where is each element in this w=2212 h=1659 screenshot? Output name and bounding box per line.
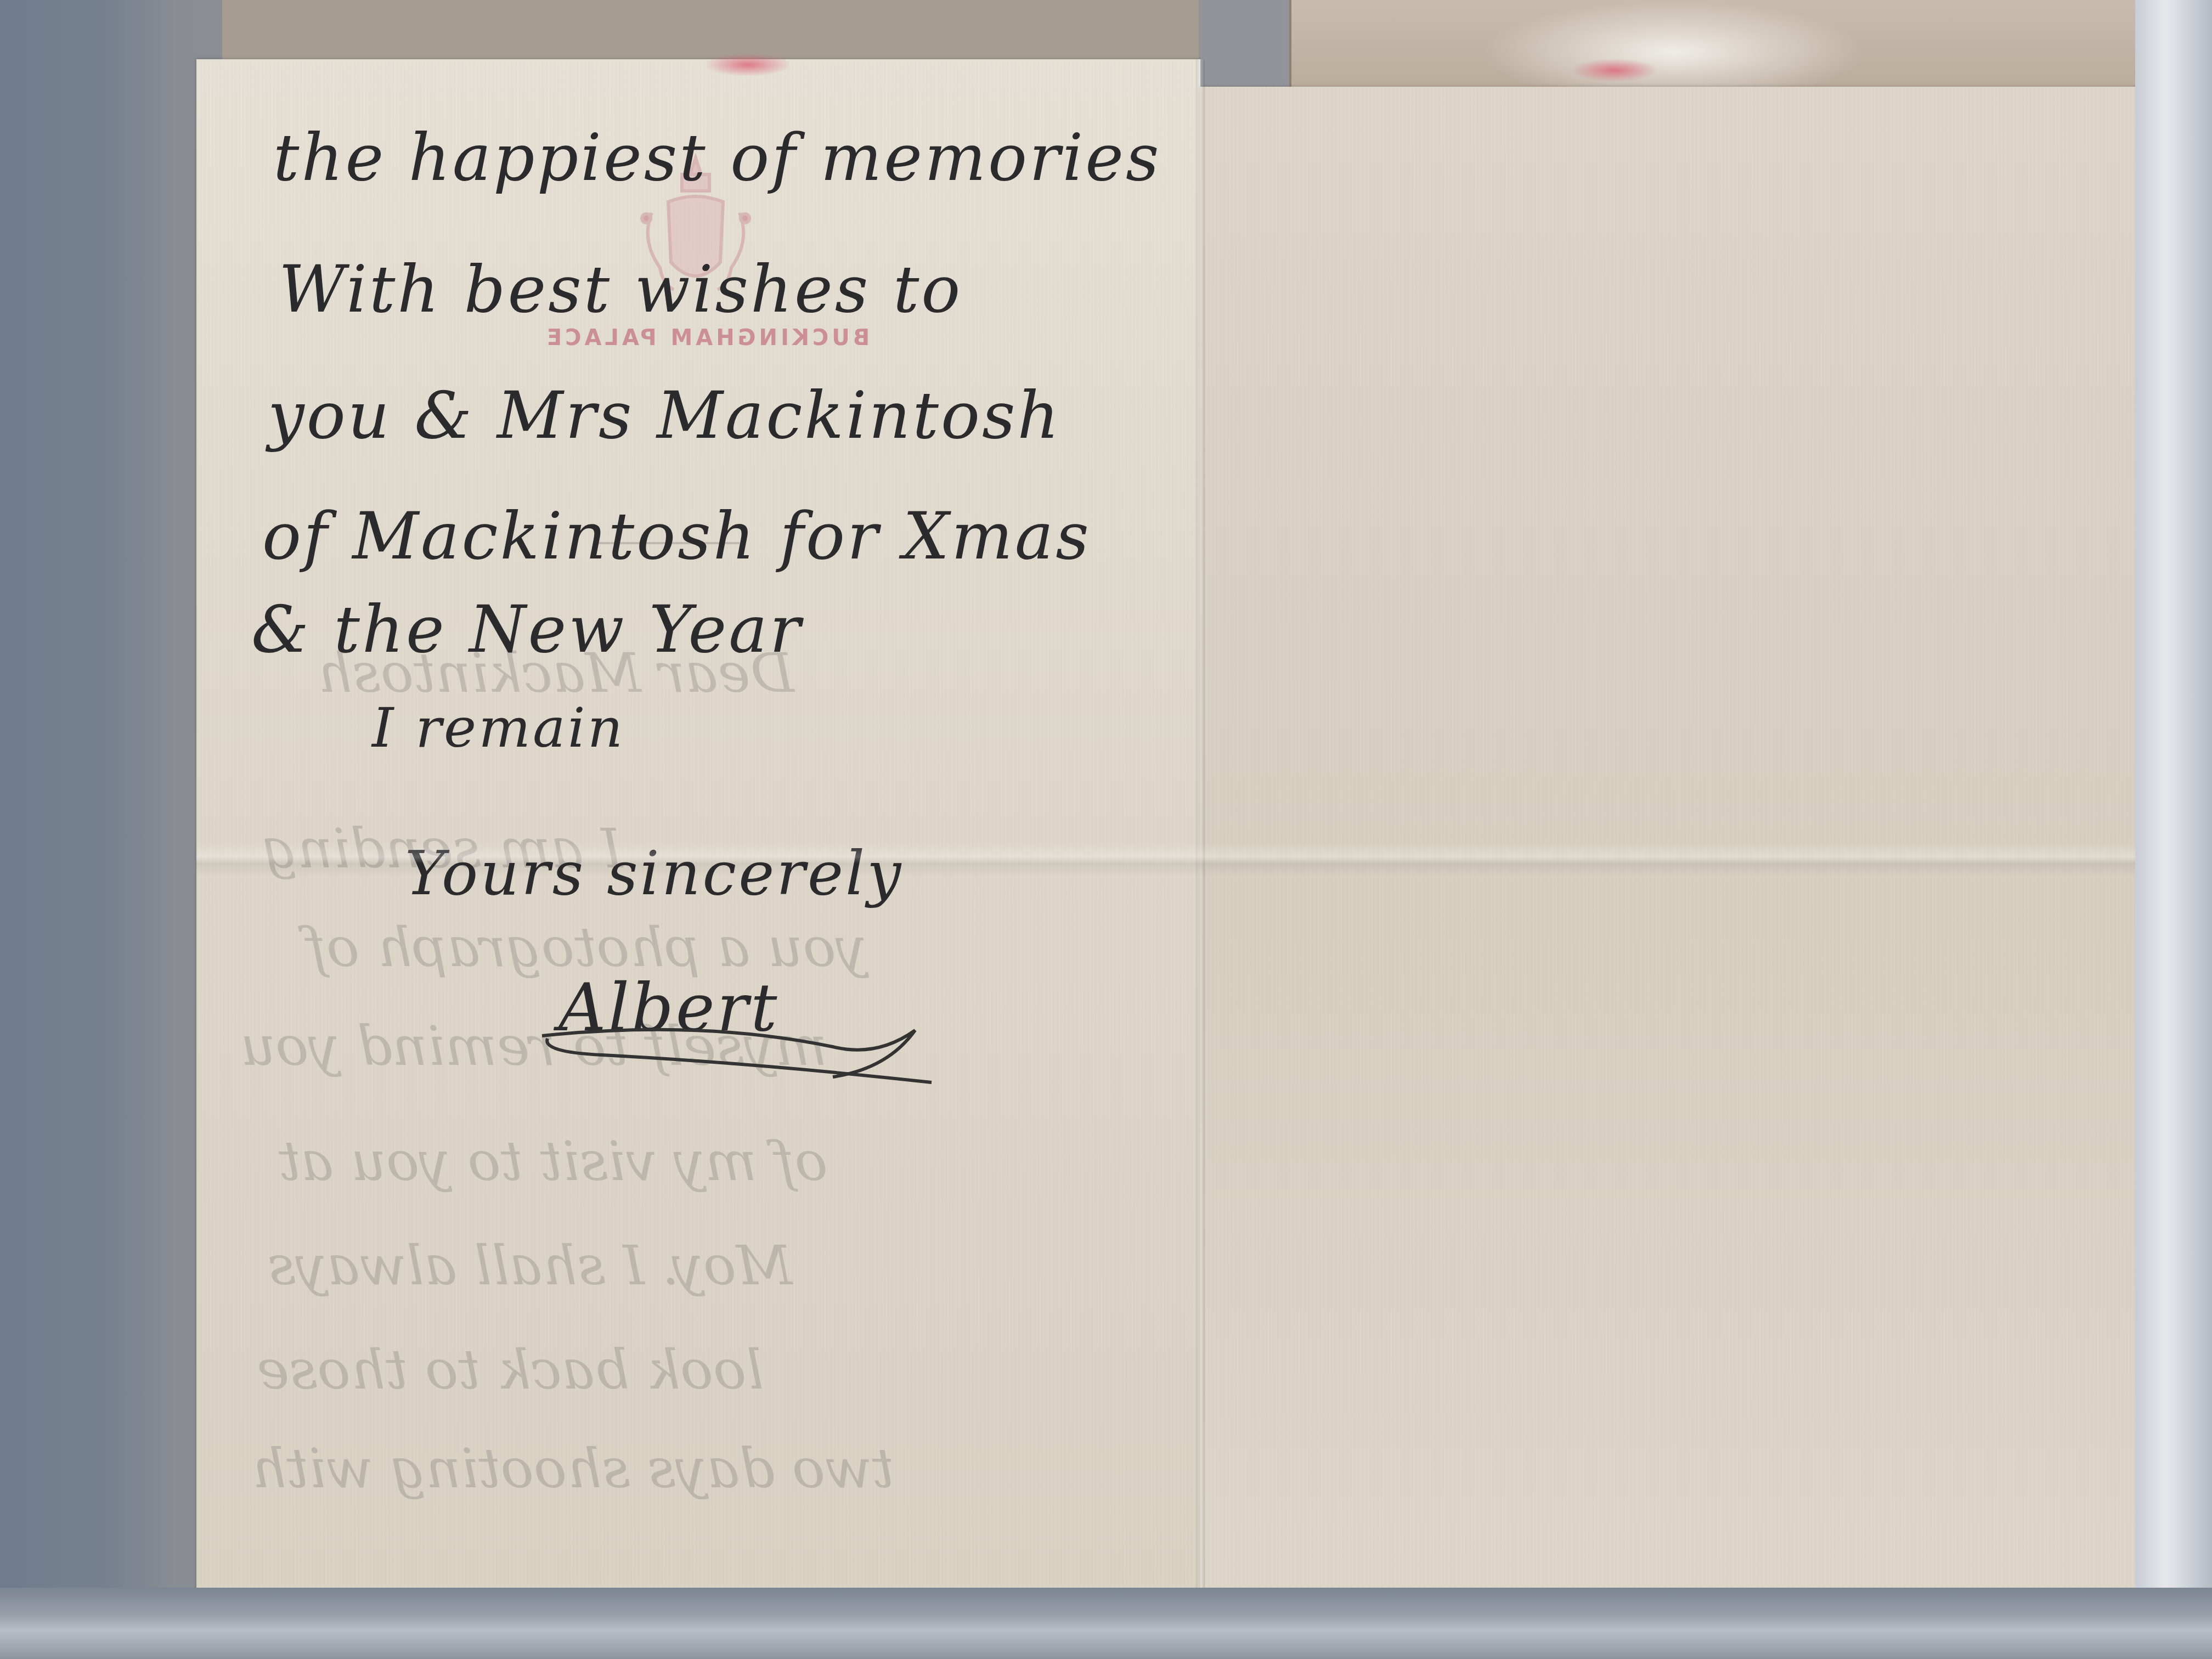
handwritten-line: & the New Year [251, 591, 803, 667]
bleed-through-line: of my visit to you at [279, 1129, 828, 1193]
bleed-through-line: Moy. I shall always [268, 1233, 792, 1297]
sleeve-edge [2135, 0, 2212, 1659]
bleed-through-line: two days shooting with [251, 1436, 894, 1500]
center-fold [1196, 59, 1205, 1595]
red-seal-mark [1573, 59, 1656, 81]
handwritten-line: of Mackintosh for Xmas [262, 498, 1091, 574]
signature-flourish-icon [537, 1025, 975, 1085]
letter-page-left: BUCKINGHAM PALACE Dear Mackintosh I am s… [196, 59, 1200, 1595]
letter-page-right [1200, 87, 2193, 1595]
plastic-sleeve-bottom [0, 1588, 2212, 1659]
horizontal-fold [196, 844, 2193, 877]
closing-i-remain: I remain [372, 696, 625, 760]
handwritten-line: you & Mrs Mackintosh [268, 377, 1062, 453]
folded-letter: BUCKINGHAM PALACE Dear Mackintosh I am s… [196, 59, 2193, 1595]
handwritten-line: the happiest of memories [273, 120, 1161, 195]
letterhead-buckingham-palace: BUCKINGHAM PALACE [520, 325, 893, 351]
bleed-through-line: look back to those [257, 1338, 764, 1402]
red-seal-mark [707, 54, 789, 76]
handwritten-line: With best wishes to [279, 251, 962, 327]
